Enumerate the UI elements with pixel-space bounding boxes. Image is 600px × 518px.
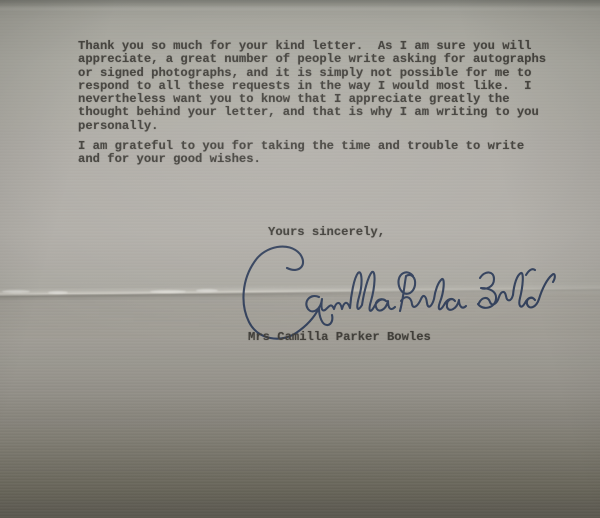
crease-glint [48,291,68,294]
paper-top-edge-shadow [0,0,600,12]
letter-paragraph-2: I am grateful to you for taking the time… [78,140,524,167]
crease-glint [150,290,186,293]
signature-strokes [243,247,554,339]
typed-name-line: Mrs Camilla Parker Bowles [248,331,431,344]
letter-paragraph-1: Thank you so much for your kind letter. … [78,40,546,133]
closing-line: Yours sincerely, [268,226,385,239]
crease-glint [2,290,30,293]
letter-photo: Thank you so much for your kind letter. … [0,0,600,518]
